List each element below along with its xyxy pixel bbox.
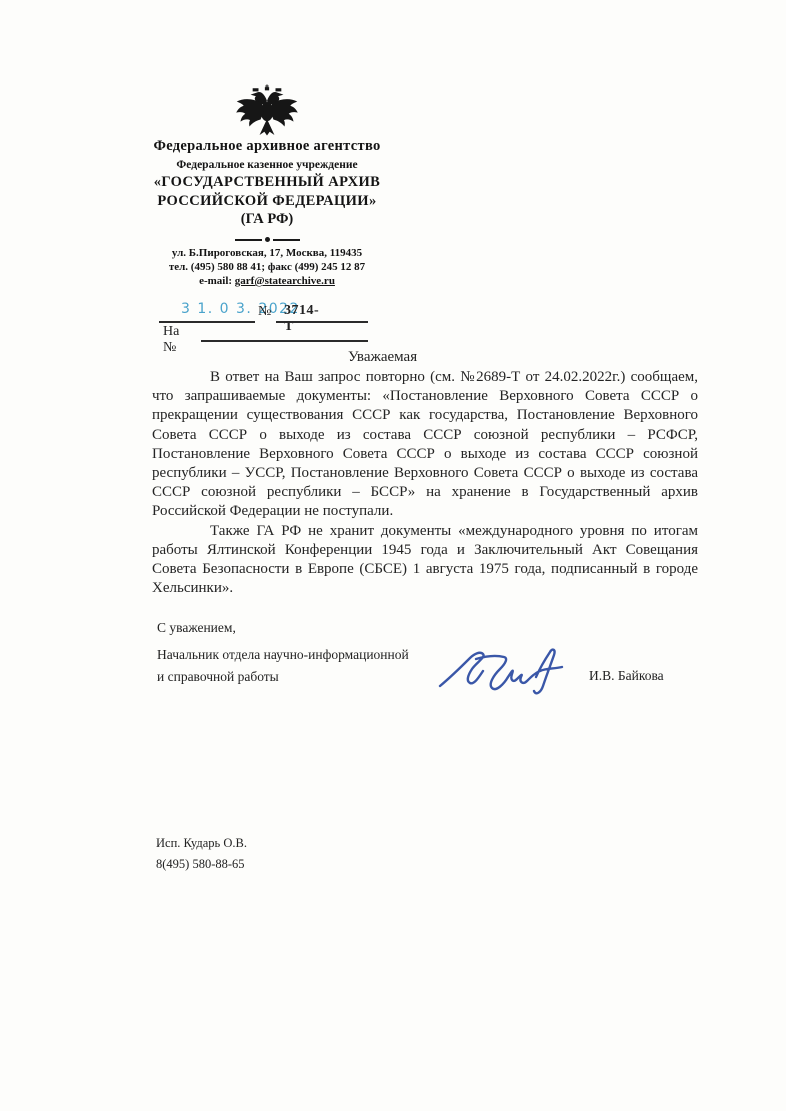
number-underline xyxy=(276,321,368,323)
divider-dot-icon xyxy=(265,237,270,242)
number-sign: № xyxy=(258,304,271,320)
signer-name: И.В. Байкова xyxy=(589,668,664,684)
letterhead: Федеральное архивное агентство Федеральн… xyxy=(112,84,422,288)
divider-rule xyxy=(235,239,262,241)
outgoing-number: 3714-Т xyxy=(284,303,319,335)
divider-rule xyxy=(273,239,300,241)
email-label: e-mail: xyxy=(199,275,235,287)
email-address: garf@statearchive.ru xyxy=(235,275,335,287)
paragraph-2: Также ГА РФ не хранит документы «междуна… xyxy=(152,522,698,599)
letterhead-divider xyxy=(232,237,302,242)
paragraph-1: В ответ на Ваш запрос повторно (см. №268… xyxy=(152,368,698,522)
org-name-line1: «ГОСУДАРСТВЕННЫЙ АРХИВ xyxy=(112,174,422,190)
org-address: ул. Б.Пироговская, 17, Москва, 119435 xyxy=(112,247,422,260)
closing-phrase: С уважением, xyxy=(157,620,236,636)
org-name-line2: РОССИЙСКОЙ ФЕДЕРАЦИИ» xyxy=(112,193,422,209)
letter-body: В ответ на Ваш запрос повторно (см. №268… xyxy=(152,368,698,598)
double-headed-eagle-emblem-icon xyxy=(235,84,299,136)
handwritten-signature xyxy=(436,646,574,700)
org-abbreviation: (ГА РФ) xyxy=(112,211,422,228)
signer-title-line2: и справочной работы xyxy=(157,669,279,685)
executor-name: Исп. Кударь О.В. xyxy=(156,836,247,851)
letter-page: Федеральное архивное агентство Федеральн… xyxy=(0,0,786,1111)
signer-title-line1: Начальник отдела научно-информационной xyxy=(157,647,409,663)
org-email-line: e-mail: garf@statearchive.ru xyxy=(112,275,422,288)
date-stamp: 3 1. 0 3. 2022 xyxy=(181,301,300,317)
salutation: Уважаемая xyxy=(348,349,417,366)
org-phones: тел. (495) 580 88 41; факс (499) 245 12 … xyxy=(112,261,422,274)
incoming-number-label: На № xyxy=(163,324,179,356)
incoming-number-underline xyxy=(201,340,368,342)
agency-name: Федеральное архивное агентство xyxy=(112,138,422,155)
executor-phone: 8(495) 580-88-65 xyxy=(156,857,245,872)
date-underline xyxy=(159,321,255,323)
org-type: Федеральное казенное учреждение xyxy=(112,159,422,171)
